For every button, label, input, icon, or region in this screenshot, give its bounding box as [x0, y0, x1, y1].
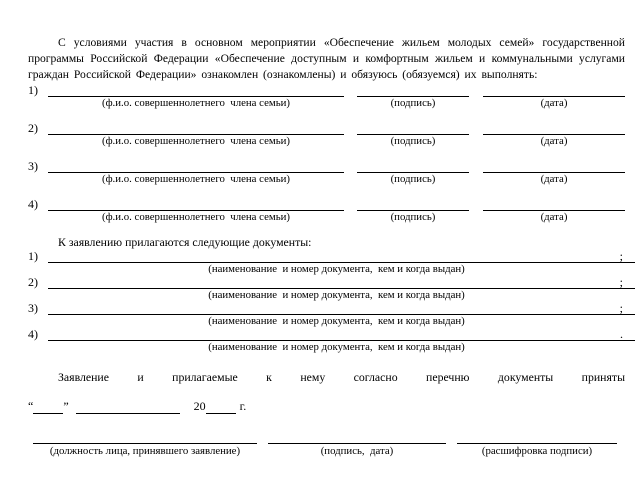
- member-name-blank: [48, 197, 344, 211]
- member-signature-caption: (подпись): [357, 173, 469, 186]
- member-date-caption: (дата): [483, 135, 625, 148]
- member-date-caption: (дата): [483, 211, 625, 224]
- document-row-2: 2) ; (наименование и номер документа, ке…: [28, 276, 625, 302]
- intro-paragraph: С условиями участия в основном мероприят…: [28, 35, 625, 83]
- document-caption: (наименование и номер документа, кем и к…: [48, 315, 625, 328]
- spacer: [469, 97, 483, 110]
- member-number: 4): [28, 197, 48, 211]
- document-number: 2): [28, 276, 48, 289]
- document-row-4: 4) . (наименование и номер документа, ке…: [28, 328, 625, 354]
- document-name-blank: .: [48, 328, 635, 341]
- member-name-caption: (ф.и.о. совершеннолетнего члена семьи): [48, 97, 344, 110]
- spacer: [469, 211, 483, 224]
- officer-signature-block: (подпись, дата): [268, 442, 446, 458]
- member-signature-caption: (подпись): [357, 211, 469, 224]
- member-number: 3): [28, 159, 48, 173]
- member-signature-caption: (подпись): [357, 97, 469, 110]
- year-suffix: г.: [240, 399, 247, 413]
- member-signature-blank: [357, 197, 469, 211]
- member-name-caption: (ф.и.о. совершеннолетнего члена семьи): [48, 173, 344, 186]
- acceptance-statement: Заявление и прилагаемые к нему согласно …: [58, 370, 625, 385]
- spacer: [344, 173, 357, 186]
- spacer: [344, 211, 357, 224]
- spacer: [28, 211, 48, 224]
- document-number: 4): [28, 328, 48, 341]
- closing-quote: ”: [63, 399, 68, 413]
- member-signature-blank: [357, 159, 469, 173]
- member-date-blank: [483, 197, 625, 211]
- officer-signature-caption: (подпись, дата): [268, 444, 446, 458]
- document-terminator: ;: [620, 250, 623, 263]
- day-blank: [33, 399, 63, 414]
- member-date-blank: [483, 159, 625, 173]
- document-name-blank: ;: [48, 276, 635, 289]
- family-member-row-3: 3) (ф.и.о. совершеннолетнего члена семьи…: [28, 159, 625, 186]
- member-name-blank: [48, 121, 344, 135]
- member-date-blank: [483, 121, 625, 135]
- family-member-row-1: 1) (ф.и.о. совершеннолетнего члена семьи…: [28, 83, 625, 110]
- document-terminator: .: [620, 328, 623, 341]
- document-caption: (наименование и номер документа, кем и к…: [48, 289, 625, 302]
- member-name-blank: [48, 83, 344, 97]
- member-date-blank: [483, 83, 625, 97]
- member-number: 1): [28, 83, 48, 97]
- document-number: 1): [28, 250, 48, 263]
- year-blank: [206, 399, 236, 414]
- application-form-page: С условиями участия в основном мероприят…: [0, 0, 641, 488]
- document-terminator: ;: [620, 302, 623, 315]
- officer-position-block: (должность лица, принявшего заявление): [33, 442, 257, 458]
- documents-heading: К заявлению прилагаются следующие докуме…: [28, 235, 625, 250]
- officer-name-caption: (расшифровка подписи): [457, 444, 617, 458]
- member-name-blank: [48, 159, 344, 173]
- acceptance-date-line: “”20г.: [28, 398, 625, 414]
- document-name-blank: ;: [48, 302, 635, 315]
- year-prefix: 20: [194, 399, 206, 413]
- member-date-caption: (дата): [483, 173, 625, 186]
- spacer: [469, 135, 483, 148]
- family-member-row-4: 4) (ф.и.о. совершеннолетнего члена семьи…: [28, 197, 625, 224]
- member-date-caption: (дата): [483, 97, 625, 110]
- month-blank: [76, 399, 180, 414]
- member-signature-blank: [357, 121, 469, 135]
- family-member-row-2: 2) (ф.и.о. совершеннолетнего члена семьи…: [28, 121, 625, 148]
- document-name-blank: ;: [48, 250, 635, 263]
- document-terminator: ;: [620, 276, 623, 289]
- document-row-3: 3) ; (наименование и номер документа, ке…: [28, 302, 625, 328]
- member-signature-caption: (подпись): [357, 135, 469, 148]
- spacer: [28, 97, 48, 110]
- document-caption: (наименование и номер документа, кем и к…: [48, 263, 625, 276]
- spacer: [344, 97, 357, 110]
- member-name-caption: (ф.и.о. совершеннолетнего члена семьи): [48, 135, 344, 148]
- document-number: 3): [28, 302, 48, 315]
- spacer: [344, 135, 357, 148]
- member-signature-blank: [357, 83, 469, 97]
- spacer: [28, 173, 48, 186]
- spacer: [28, 135, 48, 148]
- officer-position-caption: (должность лица, принявшего заявление): [33, 444, 257, 458]
- member-number: 2): [28, 121, 48, 135]
- document-row-1: 1) ; (наименование и номер документа, ке…: [28, 250, 625, 276]
- spacer: [469, 173, 483, 186]
- document-caption: (наименование и номер документа, кем и к…: [48, 341, 625, 354]
- member-name-caption: (ф.и.о. совершеннолетнего члена семьи): [48, 211, 344, 224]
- officer-signature-row: (должность лица, принявшего заявление) (…: [33, 442, 625, 458]
- officer-name-block: (расшифровка подписи): [457, 442, 617, 458]
